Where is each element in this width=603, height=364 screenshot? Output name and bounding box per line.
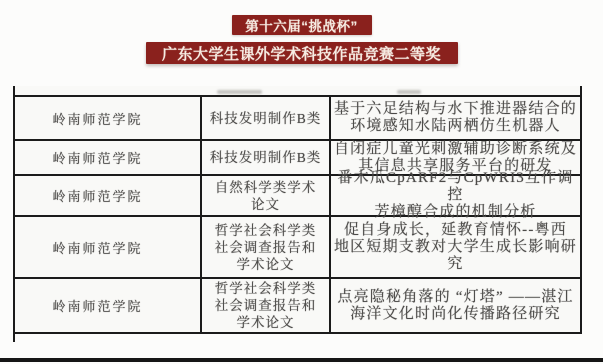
table-row: 岭南师范学院 自然科学类学术 论文 番木瓜CpARF2与CpWRI3互作调控 芳…: [15, 174, 580, 215]
school-cell: 岭南师范学院: [15, 97, 200, 139]
category-cell: 自然科学类学术 论文: [200, 176, 329, 215]
scanned-award-document: 第十六届“挑战杯” 广东大学生课外学术科技作品竞赛二等奖 岭南师范学院 科技发明…: [0, 0, 603, 364]
category-cell: 科技发明制作B类: [200, 97, 329, 139]
project-title-cell: 点亮隐秘角落的 “灯塔” ——湛江 海洋文化时尚化传播路径研究: [329, 279, 580, 332]
award-banner-line2-text: 广东大学生课外学术科技作品竞赛二等奖: [162, 43, 441, 64]
school-cell: 岭南师范学院: [15, 217, 200, 277]
award-banner-line1-text: 第十六届“挑战杯”: [245, 15, 358, 35]
cropped-row: [15, 86, 580, 95]
category-cell: 哲学社会科学类 社会调查报告和 学术论文: [200, 217, 329, 277]
table-row: 岭南师范学院 科技发明制作B类 自闭症儿童光刺激辅助诊断系统及 其信息共享服务平…: [15, 139, 580, 174]
project-title-cell: 番木瓜CpARF2与CpWRI3互作调控 芳樟醇合成的机制分析: [329, 176, 580, 215]
cropped-text-artifact: [217, 90, 262, 94]
table-border-stub: [13, 334, 15, 342]
project-title-cell: 促自身成长，延教育情怀--粤西 地区短期支教对大学生成长影响研 究: [329, 217, 580, 277]
school-cell: 岭南师范学院: [15, 176, 200, 215]
project-title-cell: 基于六足结构与水下推进器结合的 环境感知水陆两栖仿生机器人: [329, 97, 580, 139]
category-cell: 科技发明制作B类: [200, 141, 329, 174]
awards-table: 岭南师范学院 科技发明制作B类 基于六足结构与水下推进器结合的 环境感知水陆两栖…: [13, 86, 582, 334]
table-row: 岭南师范学院 哲学社会科学类 社会调查报告和 学术论文 点亮隐秘角落的 “灯塔”…: [15, 277, 580, 332]
table-row: 岭南师范学院 科技发明制作B类 基于六足结构与水下推进器结合的 环境感知水陆两栖…: [15, 95, 580, 139]
bottom-divider-bar: [0, 358, 603, 362]
table-row: 岭南师范学院 哲学社会科学类 社会调查报告和 学术论文 促自身成长，延教育情怀-…: [15, 215, 580, 277]
school-cell: 岭南师范学院: [15, 141, 200, 174]
category-cell: 哲学社会科学类 社会调查报告和 学术论文: [200, 279, 329, 332]
cropped-text-artifact: [397, 90, 421, 94]
award-banner-line2: 广东大学生课外学术科技作品竞赛二等奖: [146, 42, 458, 64]
award-banner-line1: 第十六届“挑战杯”: [232, 15, 372, 35]
school-cell: 岭南师范学院: [15, 279, 200, 332]
